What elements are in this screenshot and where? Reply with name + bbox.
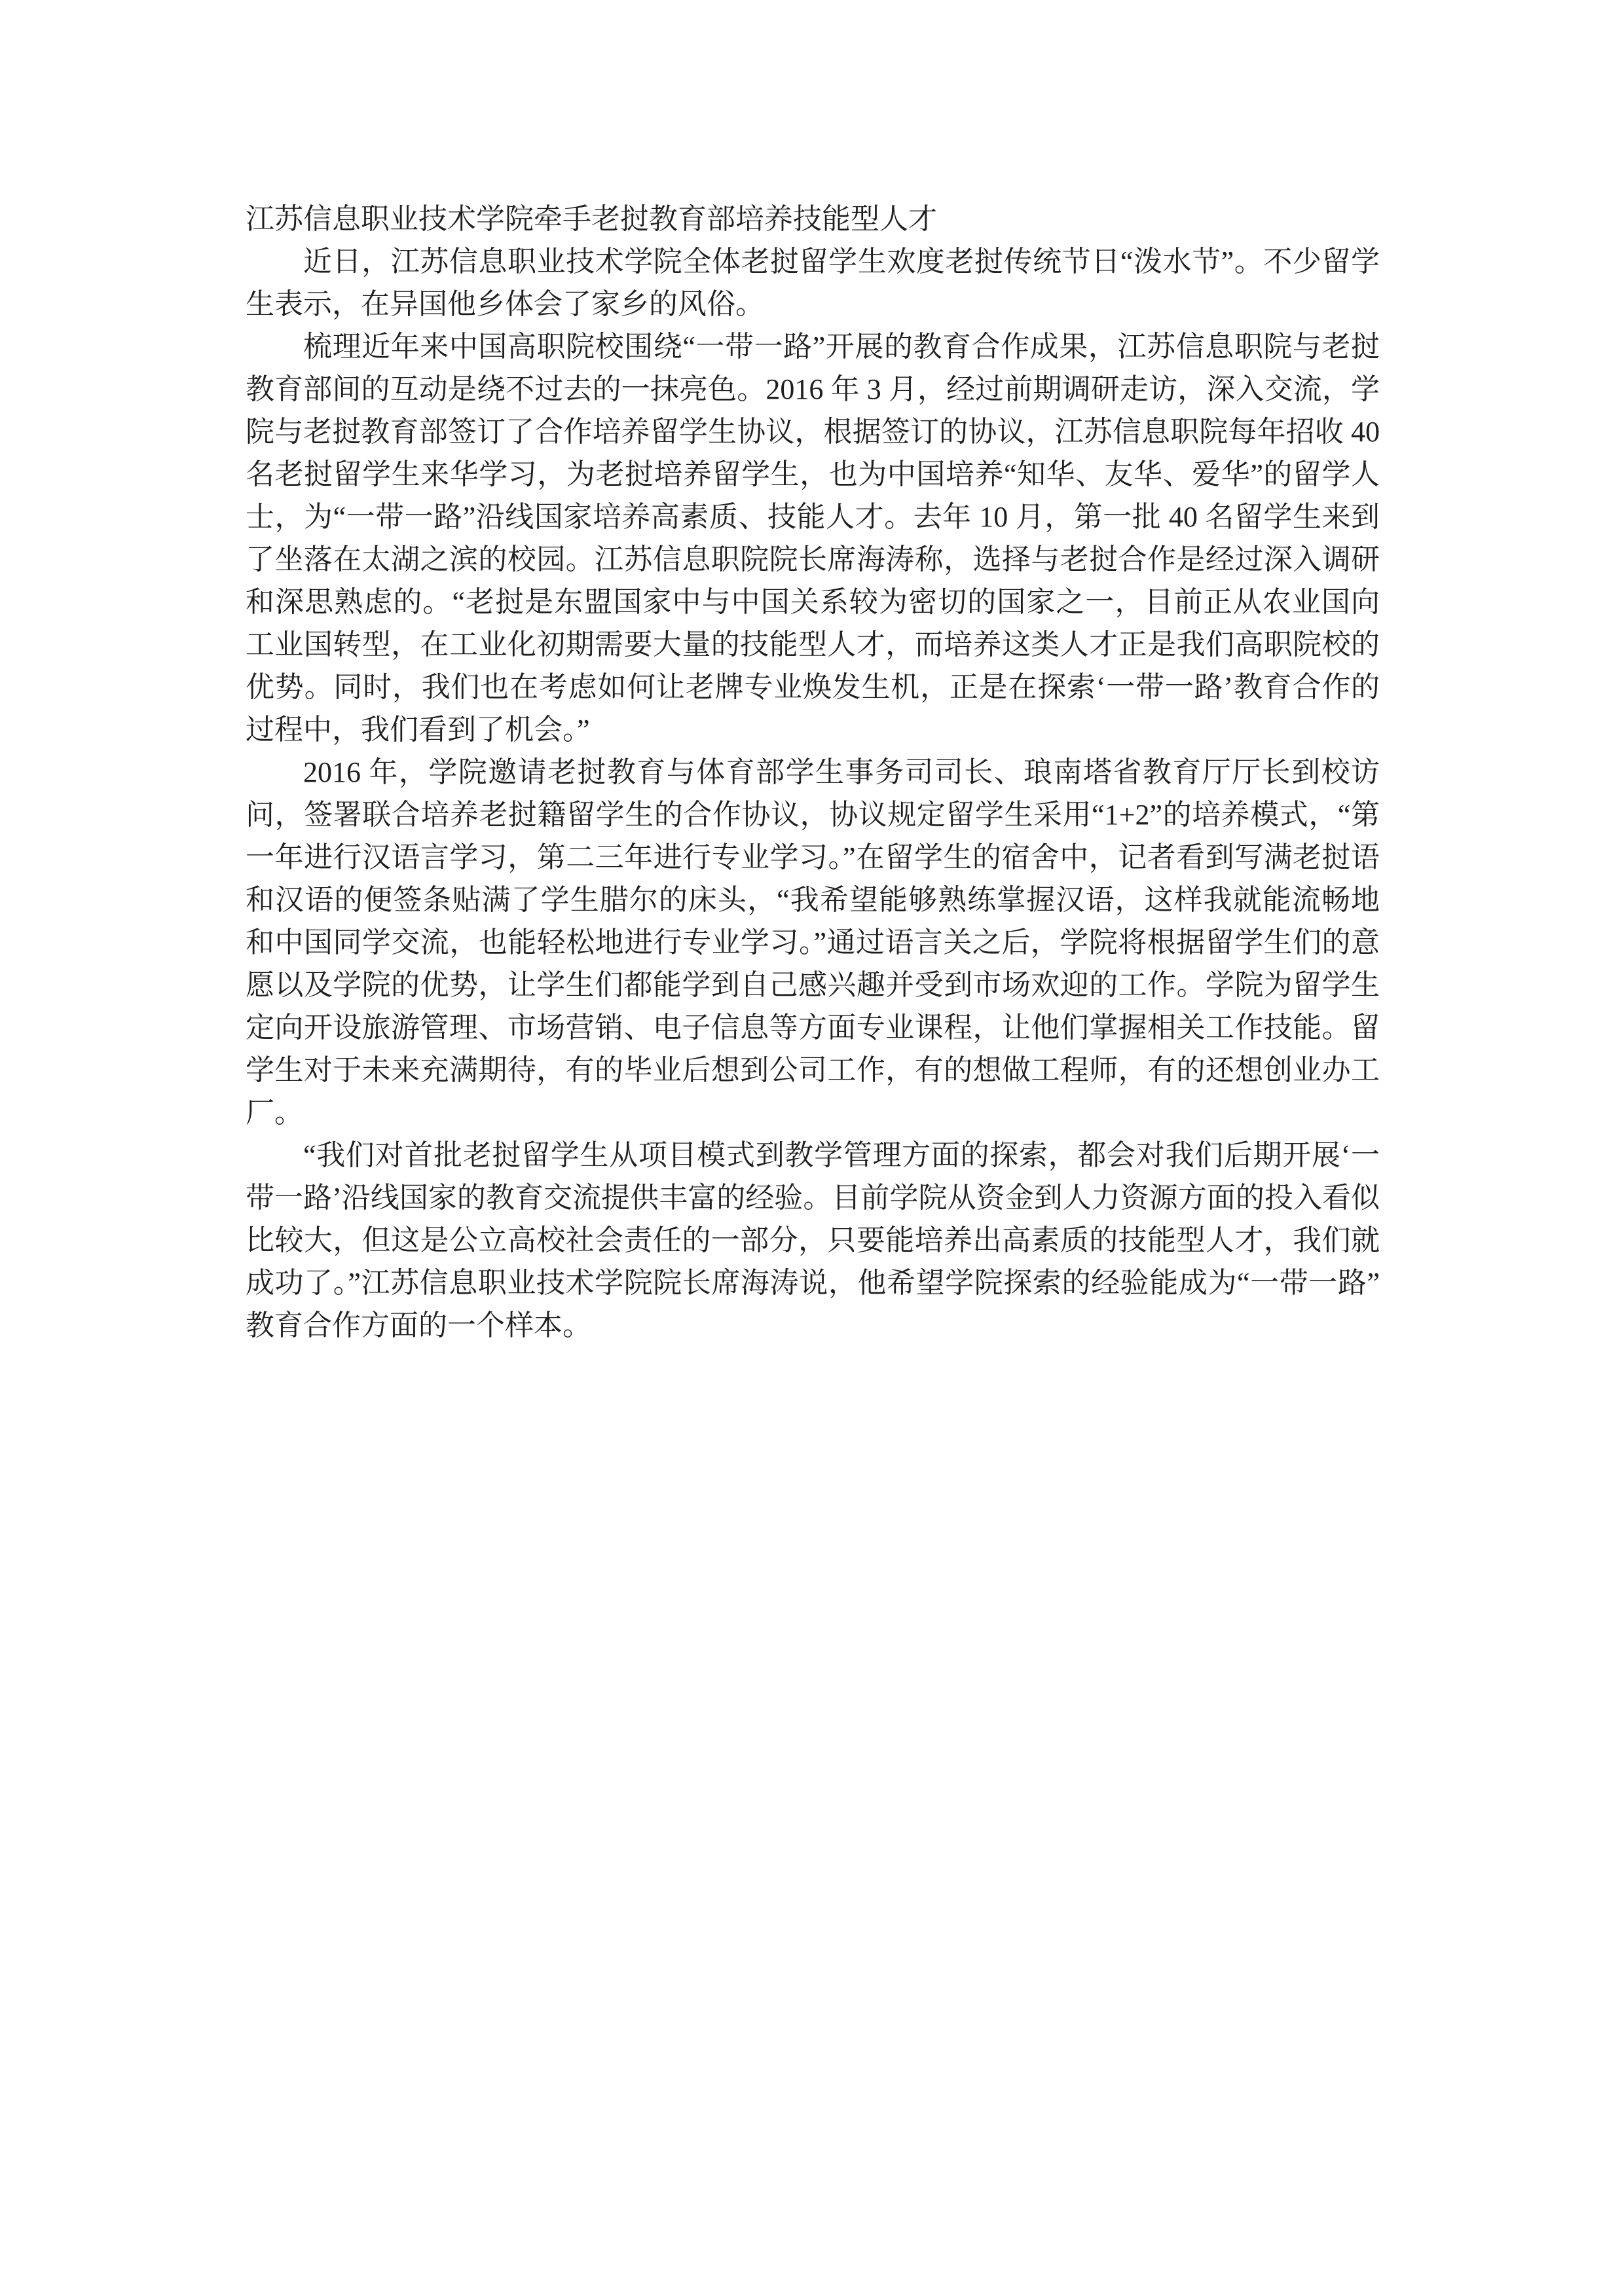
paragraph-4: “我们对首批老挝留学生从项目模式到教学管理方面的探索，都会对我们后期开展‘一带一…: [246, 1134, 1380, 1347]
document-page: 江苏信息职业技术学院牵手老挝教育部培养技能型人才 近日，江苏信息职业技术学院全体…: [0, 0, 1624, 2296]
paragraph-1: 近日，江苏信息职业技术学院全体老挝留学生欢度老挝传统节日“泼水节”。不少留学生表…: [246, 240, 1380, 325]
paragraph-2: 梳理近年来中国高职院校围绕“一带一路”开展的教育合作成果，江苏信息职院与老挝教育…: [246, 325, 1380, 751]
document-body: 江苏信息职业技术学院牵手老挝教育部培养技能型人才 近日，江苏信息职业技术学院全体…: [246, 198, 1380, 1347]
paragraph-3: 2016 年，学院邀请老挝教育与体育部学生事务司司长、琅南塔省教育厅厅长到校访问…: [246, 751, 1380, 1134]
document-title: 江苏信息职业技术学院牵手老挝教育部培养技能型人才: [246, 198, 1380, 240]
